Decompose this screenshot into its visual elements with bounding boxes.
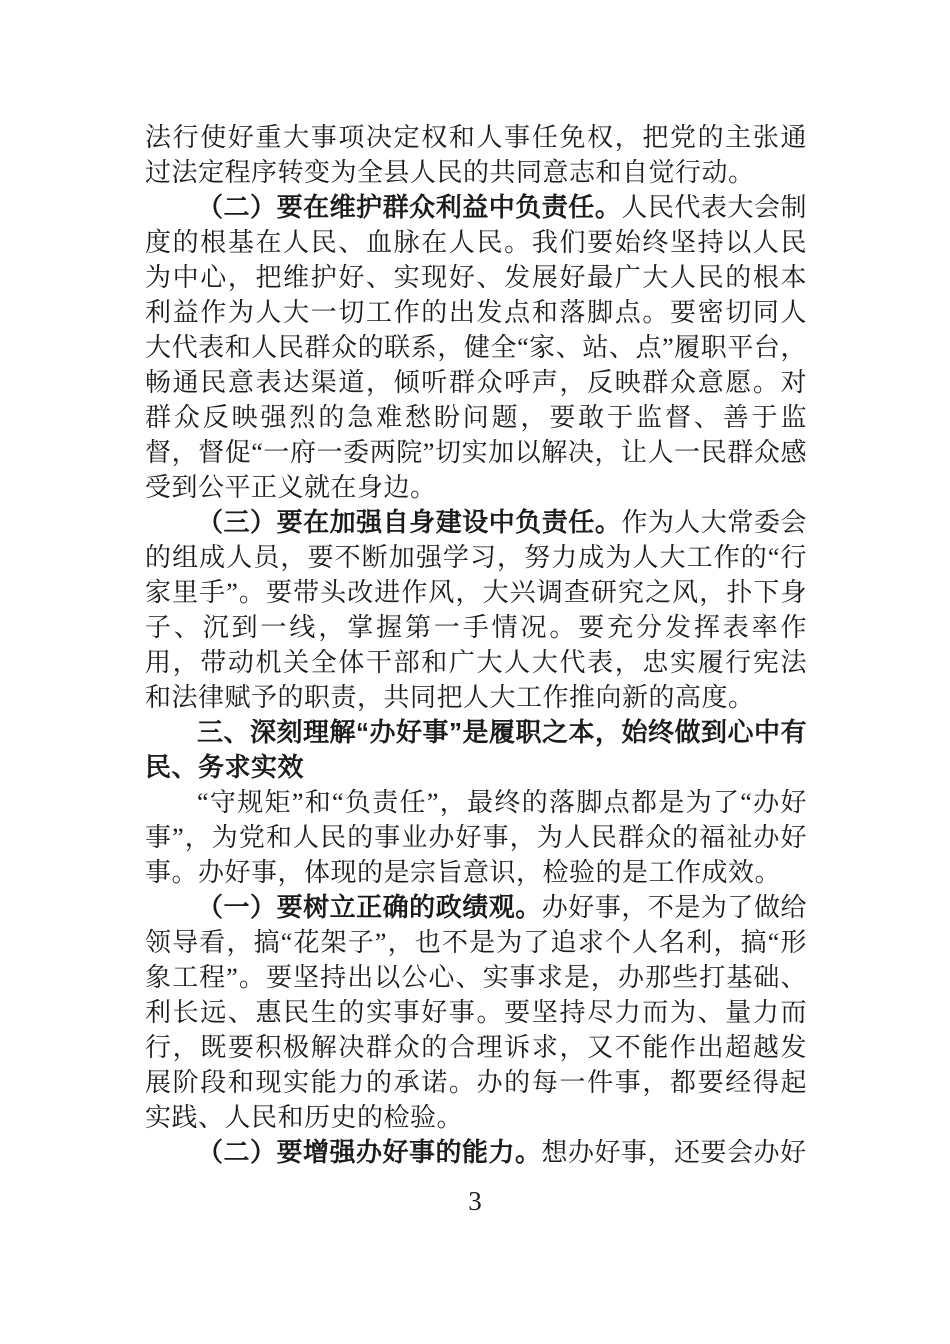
paragraph-lead: （三）要在加强自身建设中负责任。 [197,508,621,537]
paragraph-text: 作为人大常委会的组成人员，要不断加强学习，努力成为人大工作的“行家里手”。要带头… [145,508,807,712]
paragraph-lead: （二）要在维护群众利益中负责任。 [197,193,621,222]
section-heading: 三、深刻理解“办好事”是履职之本，始终做到心中有民、务求实效 [145,715,807,785]
paragraph-lead: （二）要增强办好事的能力。 [197,1138,542,1167]
paragraph: （一）要树立正确的政绩观。办好事，不是为了做给领导看，搞“花架子”，也不是为了追… [145,890,807,1135]
paragraph: （三）要在加强自身建设中负责任。作为人大常委会的组成人员，要不断加强学习，努力成… [145,505,807,715]
paragraph: “守规矩”和“负责任”，最终的落脚点都是为了“办好事”，为党和人民的事业办好事，… [145,785,807,890]
paragraph-text: 人民代表大会制度的根基在人民、血脉在人民。我们要始终坚持以人民为中心，把维护好、… [145,193,807,502]
paragraph-text: “守规矩”和“负责任”，最终的落脚点都是为了“办好事”，为党和人民的事业办好事，… [145,788,807,887]
paragraph-lead: （一）要树立正确的政绩观。 [197,893,542,922]
paragraph: （二）要在维护群众利益中负责任。人民代表大会制度的根基在人民、血脉在人民。我们要… [145,190,807,505]
document-body: 法行使好重大事项决定权和人事任免权，把党的主张通过法定程序转变为全县人民的共同意… [145,120,807,1170]
paragraph: 法行使好重大事项决定权和人事任免权，把党的主张通过法定程序转变为全县人民的共同意… [145,120,807,190]
page-number: 3 [0,1184,950,1219]
paragraph-text: 办好事，不是为了做给领导看，搞“花架子”，也不是为了追求个人名利，搞“形象工程”… [145,893,807,1132]
paragraph-text: 想办好事，还要会办好 [542,1138,807,1167]
paragraph: （二）要增强办好事的能力。想办好事，还要会办好 [145,1135,807,1170]
document-page: 法行使好重大事项决定权和人事任免权，把党的主张通过法定程序转变为全县人民的共同意… [0,0,950,1344]
paragraph-text: 法行使好重大事项决定权和人事任免权，把党的主张通过法定程序转变为全县人民的共同意… [145,123,807,187]
paragraph-text: 三、深刻理解“办好事”是履职之本，始终做到心中有民、务求实效 [145,717,807,782]
